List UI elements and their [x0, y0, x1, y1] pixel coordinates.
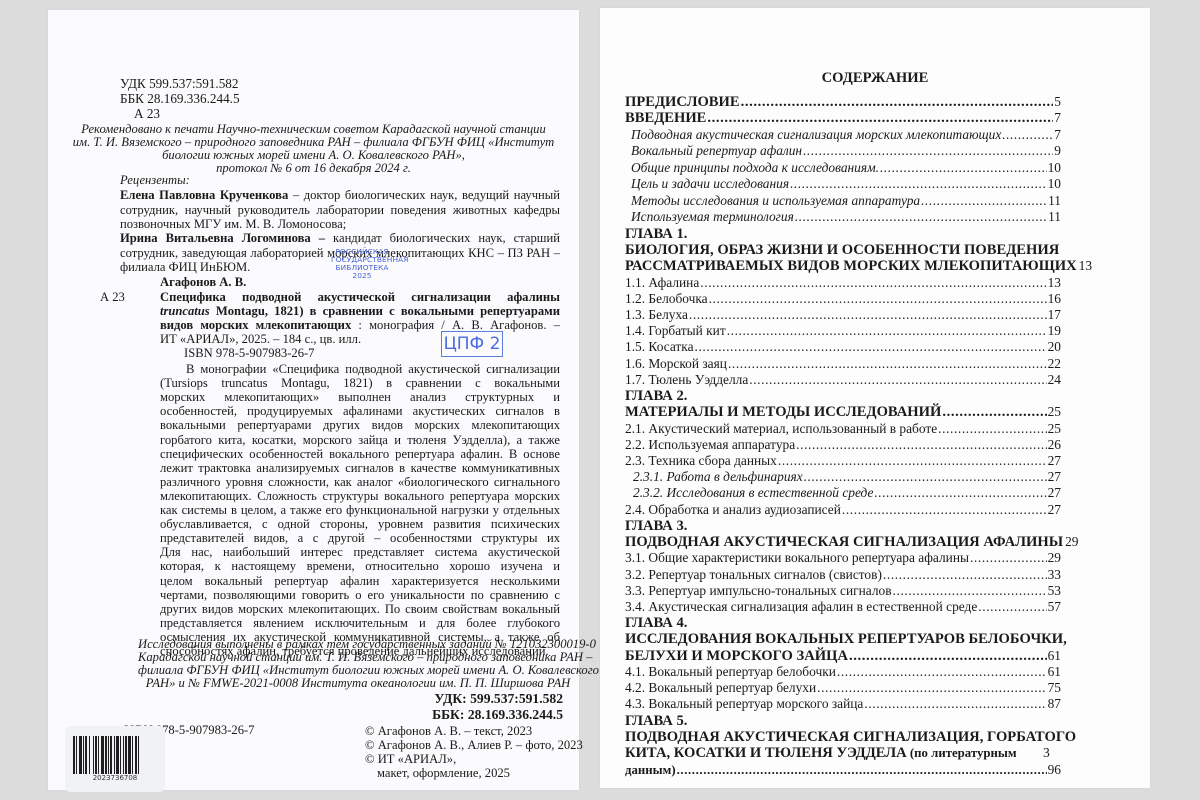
toc-entry-text: 3.1. Общие характеристики вокального реп…	[625, 550, 969, 566]
toc-entry[interactable]: Цель и задачи исследования10	[631, 176, 1061, 192]
table-of-contents: ПРЕДИСЛОВИЕ5ВВЕДЕНИЕ7Подводная акустичес…	[625, 94, 1061, 744]
toc-entry[interactable]: 2.3.1. Работа в дельфинариях27	[633, 469, 1061, 485]
toc-entry-text: МАТЕРИАЛЫ И МЕТОДЫ ИССЛЕДОВАНИЙ	[625, 404, 941, 421]
toc-page-number: 61	[1048, 648, 1061, 664]
toc-entry-text: 1.2. Белобочка	[625, 291, 708, 307]
toc-entry[interactable]: Вокальный репертуар афалин9	[631, 143, 1061, 159]
toc-page-number: 33	[1048, 567, 1061, 583]
toc-entry-text: ПОДВОДНАЯ АКУСТИЧЕСКАЯ СИГНАЛИЗАЦИЯ АФАЛ…	[625, 534, 1063, 551]
abstract-line: В монографии «Специфика подводной акусти…	[186, 362, 560, 377]
toc-page-number: 9	[1054, 143, 1061, 159]
toc-leader-dots	[796, 437, 1046, 453]
toc-leader-dots	[883, 567, 1047, 583]
toc-leader-dots	[804, 469, 1047, 485]
toc-entry-text: Подводная акустическая сигнализация морс…	[631, 127, 1001, 143]
toc-leader-dots	[874, 485, 1046, 501]
toc-chapter-label[interactable]: ИССЛЕДОВАНИЯ ВОКАЛЬНЫХ РЕПЕРТУАРОВ БЕЛОБ…	[625, 631, 1067, 648]
barcode	[73, 736, 157, 774]
abstract-line: (Tursiops truncatus Montagu, 1821) в сра…	[160, 376, 560, 391]
toc-entry-text: 1.7. Тюлень Уэдделла	[625, 372, 748, 388]
toc-entry-text: ГЛАВА 1.	[625, 226, 687, 242]
catalog-title-line: truncatus Montagu, 1821) в сравнении с в…	[160, 304, 560, 319]
toc-page-number: 75	[1048, 680, 1061, 696]
toc-chapter-label[interactable]: КИТА, КОСАТКИ И ТЮЛЕНЯ УЭДДЕЛА (по литер…	[625, 745, 1017, 762]
bbk-bold: ББК: 28.169.336.244.5	[432, 707, 563, 723]
toc-leader-dots	[817, 680, 1046, 696]
toc-entry-text: 2.1. Акустический материал, использованн…	[625, 421, 937, 437]
imprint-page: УДК 599.537:591.582 ББК 28.169.336.244.5…	[48, 10, 579, 790]
toc-entry[interactable]: Подводная акустическая сигнализация морс…	[631, 127, 1061, 143]
library-stamp: РОССИЙСКАЯ ГОСУДАРСТВЕННАЯ БИБЛИОТЕКА 20…	[331, 248, 393, 280]
toc-leader-dots	[700, 275, 1046, 291]
toc-entry[interactable]: 4.3. Вокальный репертуар морского зайца8…	[625, 696, 1061, 712]
toc-leader-dots	[893, 583, 1047, 599]
toc-entry[interactable]: 2.3.2. Исследования в естественной среде…	[633, 485, 1061, 501]
toc-leader-dots	[803, 143, 1053, 159]
toc-page-number: 27	[1048, 502, 1061, 518]
toc-entry-text: Используемая терминология	[631, 209, 794, 225]
toc-entry-text: БЕЛУХИ И МОРСКОГО ЗАЙЦА	[625, 648, 848, 665]
toc-entry-text: ГЛАВА 2.	[625, 388, 687, 404]
toc-page-number: 10	[1048, 176, 1061, 192]
reviewer-text: – доктор биологических наук, ведущий нау…	[288, 188, 560, 202]
toc-entry-suffix: (по литературным	[907, 746, 1017, 760]
toc-leader-dots	[790, 176, 1047, 192]
toc-entry[interactable]: 2.4. Обработка и анализ аудиозаписей27	[625, 502, 1061, 518]
toc-entry-text: ГЛАВА 3.	[625, 518, 687, 534]
toc-leader-dots	[880, 160, 1047, 176]
catalog-title-text: видов морских млекопитающих	[160, 318, 351, 332]
cpf-stamp: ЦПФ 2	[441, 331, 503, 357]
stamp-line: 2025	[331, 272, 393, 280]
toc-page-number: 26	[1048, 437, 1061, 453]
catalog-title-text: Montagu, 1821) в сравнении с вокальными …	[160, 304, 560, 319]
abstract-line: различного уровня сложности, как аналог …	[160, 475, 560, 490]
toc-leader-dots	[837, 664, 1047, 680]
abstract-line: Для нас, наибольший интерес представляет…	[160, 545, 560, 560]
toc-leader-dots	[689, 307, 1047, 323]
copyright-line: © ИТ «АРИАЛ»,	[365, 752, 456, 766]
toc-page-number: 16	[1048, 291, 1061, 307]
toc-entry[interactable]: 3.4. Акустическая сигнализация афалин в …	[625, 599, 1061, 615]
toc-entry-text: КИТА, КОСАТКИ И ТЮЛЕНЯ УЭДДЕЛА	[625, 745, 907, 761]
toc-page-number: 13	[1079, 258, 1092, 274]
toc-page-number: 22	[1048, 356, 1061, 372]
toc-entry[interactable]: 3.3. Репертуар импульсно-тональных сигна…	[625, 583, 1061, 599]
toc-entry[interactable]: 2.2. Используемая аппаратура26	[625, 437, 1061, 453]
toc-leader-dots	[1002, 127, 1053, 143]
toc-entry[interactable]: 2.3. Техника сбора данных27	[625, 453, 1061, 469]
abstract-line: других видов морских млекопитающих. По с…	[160, 602, 560, 617]
toc-entry[interactable]: 1.6. Морской заяц22	[625, 356, 1061, 372]
reviewer-line: Елена Павловна Крученкова – доктор биоло…	[120, 188, 560, 203]
toc-entry[interactable]: МАТЕРИАЛЫ И МЕТОДЫ ИССЛЕДОВАНИЙ25	[625, 404, 1061, 421]
toc-chapter-label[interactable]: БИОЛОГИЯ, ОБРАЗ ЖИЗНИ И ОСОБЕННОСТИ ПОВЕ…	[625, 242, 1059, 259]
toc-entry[interactable]: 4.2. Вокальный репертуар белухи75	[625, 680, 1061, 696]
toc-chapter-label[interactable]: ГЛАВА 2.	[625, 388, 687, 405]
toc-page-number: 96	[1048, 762, 1061, 778]
abstract-line: представителей видов, а с другой – особе…	[160, 531, 560, 546]
toc-page-number: 17	[1048, 307, 1061, 323]
toc-leader-dots	[795, 209, 1047, 225]
toc-page-number: 53	[1048, 583, 1061, 599]
toc-page-number: 11	[1048, 209, 1061, 225]
toc-entry-text: 4.1. Вокальный репертуар белобочки	[625, 664, 836, 680]
abstract-line: вокальными репертуарами других видов мор…	[160, 418, 560, 433]
contents-page: СОДЕРЖАНИЕ ПРЕДИСЛОВИЕ5ВВЕДЕНИЕ7Подводна…	[600, 8, 1150, 788]
toc-entry-text: Вокальный репертуар афалин	[631, 143, 802, 159]
abstract-line: представляется явлением исключительным и…	[160, 616, 560, 631]
catalog-imprint: ИТ «АРИАЛ», 2025. – 184 с., цв. илл.	[160, 332, 361, 346]
toc-leader-dots	[728, 356, 1047, 372]
toc-leader-dots	[707, 110, 1053, 127]
toc-page-number: 5	[1054, 94, 1061, 110]
toc-entry-text: ИССЛЕДОВАНИЯ ВОКАЛЬНЫХ РЕПЕРТУАРОВ БЕЛОБ…	[625, 631, 1067, 647]
toc-entry-text: 4.3. Вокальный репертуар морского зайца	[625, 696, 863, 712]
toc-page-number: 7	[1054, 110, 1061, 126]
toc-chapter-label[interactable]: ГЛАВА 3.	[625, 518, 687, 535]
reviewer-line: сотрудник, научный руководитель лаборато…	[120, 203, 560, 218]
toc-entry-text: БИОЛОГИЯ, ОБРАЗ ЖИЗНИ И ОСОБЕННОСТИ ПОВЕ…	[625, 242, 1059, 258]
copyright-line: © Агафонов А. В., Алиев Р. – фото, 2023	[365, 738, 583, 752]
toc-leader-dots	[709, 291, 1047, 307]
toc-page-number: 25	[1048, 421, 1061, 437]
toc-leader-dots	[778, 453, 1047, 469]
toc-entry[interactable]: Используемая терминология11	[631, 209, 1061, 225]
toc-chapter-label[interactable]: ПОДВОДНАЯ АКУСТИЧЕСКАЯ СИГНАЛИЗАЦИЯ, ГОР…	[625, 729, 1076, 746]
toc-leader-dots	[695, 339, 1047, 355]
toc-entry-text: ГЛАВА 4.	[625, 615, 687, 631]
toc-leader-dots	[970, 550, 1047, 566]
toc-entry[interactable]: 1.2. Белобочка16	[625, 291, 1061, 307]
toc-entry-text: 3.2. Репертуар тональных сигналов (свист…	[625, 567, 882, 583]
toc-entry-text: ГЛАВА 5.	[625, 713, 687, 729]
abstract-line: лежит трактовка анализируемых сигналов в…	[160, 461, 560, 476]
catalog-mark: А 23	[100, 290, 125, 304]
reviewer-name: Ирина Витальевна Логоминова –	[120, 231, 325, 245]
abstract-line: как системы в целом, а также его функцио…	[160, 503, 560, 518]
toc-page-number: 24	[1048, 372, 1061, 388]
toc-entry-text: данным)	[625, 763, 676, 778]
toc-page-number: 27	[1048, 453, 1061, 469]
toc-entry[interactable]: 3.1. Общие характеристики вокального реп…	[625, 550, 1061, 566]
toc-entry-text: ПОДВОДНАЯ АКУСТИЧЕСКАЯ СИГНАЛИЗАЦИЯ, ГОР…	[625, 729, 1076, 745]
toc-page-number: 11	[1048, 193, 1061, 209]
copyright-line: макет, оформление, 2025	[377, 766, 510, 780]
toc-page-number: 29	[1048, 550, 1061, 566]
author-mark: А 23	[134, 106, 160, 121]
toc-leader-dots	[978, 599, 1046, 615]
abstract-line: целом вокальный репертуар афалин характе…	[160, 574, 560, 589]
toc-leader-dots	[727, 323, 1047, 339]
toc-page-number: 20	[1048, 339, 1061, 355]
toc-entry[interactable]: 1.5. Косатка20	[625, 339, 1061, 355]
contents-title: СОДЕРЖАНИЕ	[600, 70, 1150, 87]
toc-chapter-label[interactable]: ГЛАВА 1.	[625, 226, 687, 243]
toc-leader-dots	[938, 421, 1046, 437]
reviewer-line: филиала ФИЦ ИнБЮМ.	[120, 260, 250, 274]
toc-entry[interactable]: 1.4. Горбатый кит19	[625, 323, 1061, 339]
toc-leader-dots	[849, 648, 1047, 665]
toc-entry[interactable]: Общие принципы подхода к исследованиям.1…	[631, 160, 1061, 176]
toc-entry-text: Цель и задачи исследования	[631, 176, 789, 192]
toc-entry[interactable]: БЕЛУХИ И МОРСКОГО ЗАЙЦА61	[625, 648, 1061, 665]
barcode-number: 2023736708	[65, 774, 165, 782]
toc-entry[interactable]: РАССМАТРИВАЕМЫХ ВИДОВ МОРСКИХ МЛЕКОПИТАЮ…	[625, 258, 1061, 275]
toc-leader-dots	[749, 372, 1046, 388]
toc-leader-dots	[741, 94, 1054, 111]
toc-entry-text: 1.1. Афалина	[625, 275, 699, 291]
toc-entry[interactable]: 1.7. Тюлень Уэдделла24	[625, 372, 1061, 388]
copyright-line: © Агафонов А. В. – текст, 2023	[365, 724, 532, 738]
barcode-label: 2023736708	[65, 726, 165, 792]
udk-code: УДК 599.537:591.582	[120, 76, 238, 91]
toc-entry-text: 4.2. Вокальный репертуар белухи	[625, 680, 816, 696]
toc-chapter-label[interactable]: ГЛАВА 5.	[625, 713, 687, 730]
reviewer-name: Елена Павловна Крученкова	[120, 188, 288, 202]
abstract-line: млекопитающих. Сложность структуры вокал…	[160, 489, 560, 504]
reviewer-line: позвоночных МГУ им. М. В. Ломоносова;	[120, 217, 346, 231]
toc-entry[interactable]: ПОДВОДНАЯ АКУСТИЧЕСКАЯ СИГНАЛИЗАЦИЯ АФАЛ…	[625, 534, 1061, 551]
toc-page-number: 25	[1048, 404, 1061, 420]
toc-entry-text: 2.2. Используемая аппаратура	[625, 437, 795, 453]
abstract-line: которая, к настоящему времени, относител…	[160, 559, 560, 574]
species-name: truncatus	[160, 304, 210, 318]
toc-entry-text: 1.4. Горбатый кит	[625, 323, 726, 339]
toc-page-number: 13	[1048, 275, 1061, 291]
toc-page-number: 19	[1048, 323, 1061, 339]
toc-page-number: 61	[1048, 664, 1061, 680]
toc-leader-dots	[842, 502, 1047, 518]
toc-entry[interactable]: 2.1. Акустический материал, использованн…	[625, 421, 1061, 437]
author-heading: Агафонов А. В.	[160, 275, 246, 289]
toc-entry-text: Общие принципы подхода к исследованиям.	[631, 160, 879, 176]
toc-page-number: 7	[1054, 127, 1061, 143]
toc-page-number: 29	[1065, 534, 1078, 550]
udk-bold: УДК: 599.537:591.582	[434, 691, 563, 707]
toc-entry[interactable]: 1.1. Афалина13	[625, 275, 1061, 291]
toc-chapter-label[interactable]: ГЛАВА 4.	[625, 615, 687, 632]
toc-entry[interactable]: ПРЕДИСЛОВИЕ5	[625, 94, 1061, 111]
abstract-line: горбатого кита, косатки, морского зайца …	[160, 433, 560, 448]
toc-page-number: 27	[1048, 485, 1061, 501]
toc-entry-text: ПРЕДИСЛОВИЕ	[625, 94, 740, 111]
reviewer-line: Ирина Витальевна Логоминова – кандидат б…	[120, 231, 560, 246]
toc-entry-text: ВВЕДЕНИЕ	[625, 110, 706, 127]
catalog-title-line: Специфика подводной акустической сигнали…	[160, 290, 560, 305]
toc-entry-text: 1.3. Белуха	[625, 307, 688, 323]
toc-page-number: 27	[1048, 469, 1061, 485]
toc-page-number: 10	[1048, 160, 1061, 176]
toc-entry[interactable]: ВВЕДЕНИЕ7	[625, 110, 1061, 127]
toc-leader-dots	[864, 696, 1046, 712]
abstract-line: чертами, позволяющими говорить о его уни…	[160, 588, 560, 603]
toc-entry-text: РАССМАТРИВАЕМЫХ ВИДОВ МОРСКИХ МЛЕКОПИТАЮ…	[625, 258, 1077, 275]
reviewers-label: Рецензенты:	[120, 173, 190, 187]
page-number: 3	[1043, 745, 1050, 761]
toc-entry-text: 3.4. Акустическая сигнализация афалин в …	[625, 599, 977, 615]
catalog-isbn: ISBN 978-5-907983-26-7	[184, 346, 314, 360]
toc-entry-text: 2.4. Обработка и анализ аудиозаписей	[625, 502, 841, 518]
toc-leader-dots	[942, 404, 1046, 421]
toc-entry-text: 2.3.2. Исследования в естественной среде	[633, 485, 873, 501]
bbk-code: ББК 28.169.336.244.5	[120, 91, 240, 106]
toc-page-number: 87	[1048, 696, 1061, 712]
toc-entry-text: 2.3.1. Работа в дельфинариях	[633, 469, 803, 485]
abstract-line: обуславливается, с одной стороны, уровне…	[160, 517, 560, 532]
abstract-line: специфических особенностей вокального ре…	[160, 447, 560, 462]
catalog-title-text: Специфика подводной акустической сигнали…	[160, 290, 560, 305]
toc-entry-text: 2.3. Техника сбора данных	[625, 453, 777, 469]
toc-entry-text: 3.3. Репертуар импульсно-тональных сигна…	[625, 583, 892, 599]
abstract-line: морских млекопитающих» выполнен анализ с…	[160, 390, 560, 405]
abstract-line: особенностей, продуцируемых афалинами ак…	[160, 404, 560, 419]
toc-entry[interactable]: 4.1. Вокальный репертуар белобочки61	[625, 664, 1061, 680]
toc-page-number: 57	[1048, 599, 1061, 615]
toc-entry[interactable]: данным)96	[625, 762, 1061, 778]
toc-entry-text: 1.5. Косатка	[625, 339, 694, 355]
toc-leader-dots	[677, 763, 1047, 778]
funding-line: РАН» и № FMWE-2021-0008 Института океано…	[138, 676, 578, 690]
toc-leader-dots	[921, 193, 1047, 209]
toc-entry-text: 1.6. Морской заяц	[625, 356, 727, 372]
toc-entry[interactable]: 1.3. Белуха17	[625, 307, 1061, 323]
toc-entry-text: Методы исследования и используемая аппар…	[631, 193, 920, 209]
toc-entry[interactable]: 3.2. Репертуар тональных сигналов (свист…	[625, 567, 1061, 583]
toc-entry[interactable]: Методы исследования и используемая аппар…	[631, 193, 1061, 209]
